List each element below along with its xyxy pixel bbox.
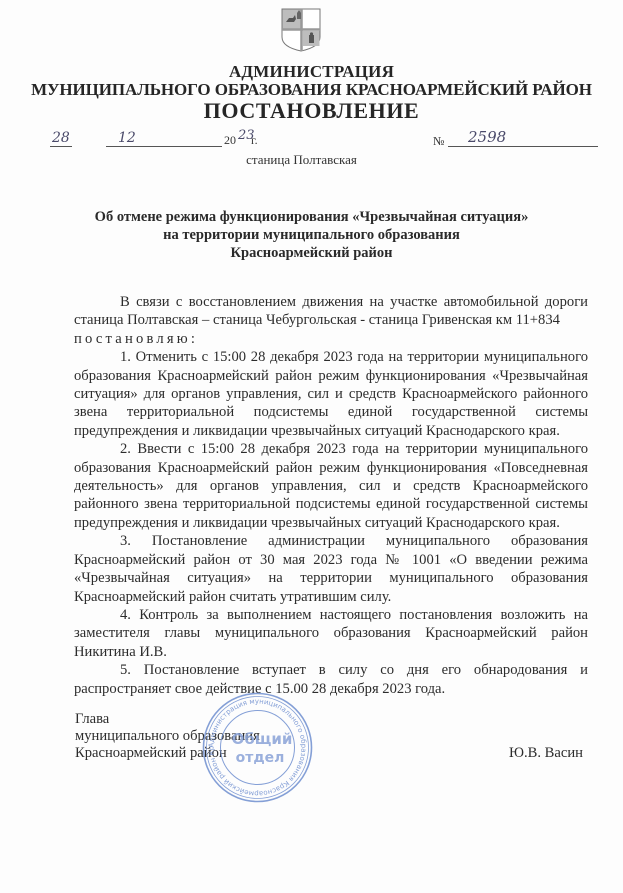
title-line-1: Об отмене режима функционирования «Чрезв… [0, 208, 623, 226]
signatory-name: Ю.В. Васин [509, 745, 583, 762]
document-number: 2598 [468, 128, 506, 146]
official-stamp-icon: Администрация муниципального образования… [200, 690, 315, 805]
stamp-text-2: отдел [236, 750, 285, 766]
date-month: 12 [118, 130, 136, 146]
number-underline [448, 146, 598, 147]
resolve-word: постановляю: [74, 330, 588, 348]
date-month-underline [106, 146, 222, 147]
date-year-prefix: 20 [224, 133, 236, 148]
item-2: 2. Ввести с 15:00 28 декабря 2023 года н… [74, 440, 588, 532]
preamble: В связи с восстановлением движения на уч… [74, 293, 588, 330]
requisites-row: 28 12 20 23 г. № 2598 [48, 130, 568, 154]
header-municipality: МУНИЦИПАЛЬНОГО ОБРАЗОВАНИЯ КРАСНОАРМЕЙСК… [0, 80, 623, 100]
item-1: 1. Отменить с 15:00 28 декабря 2023 года… [74, 348, 588, 440]
stamp-text-1: Общий [232, 730, 293, 748]
date-year-suffix: г. [251, 133, 258, 148]
item-5: 5. Постановление вступает в силу со дня … [74, 661, 588, 698]
title-line-3: Красноармейский район [0, 244, 623, 262]
item-4: 4. Контроль за выполнением настоящего по… [74, 606, 588, 661]
coat-of-arms-icon [280, 7, 322, 52]
document-title: Об отмене режима функционирования «Чрезв… [0, 208, 623, 262]
document-page: АДМИНИСТРАЦИЯ МУНИЦИПАЛЬНОГО ОБРАЗОВАНИЯ… [0, 0, 623, 893]
header-administration: АДМИНИСТРАЦИЯ [0, 62, 623, 82]
document-body: В связи с восстановлением движения на уч… [74, 293, 588, 698]
item-3: 3. Постановление администрации муниципал… [74, 532, 588, 606]
date-day: 28 [52, 130, 70, 146]
document-type: ПОСТАНОВЛЕНИЕ [0, 98, 623, 124]
title-line-2: на территории муниципального образования [0, 226, 623, 244]
number-sign: № [433, 134, 444, 149]
place-of-issue: станица Полтавская [0, 152, 603, 168]
date-day-underline [50, 146, 72, 147]
